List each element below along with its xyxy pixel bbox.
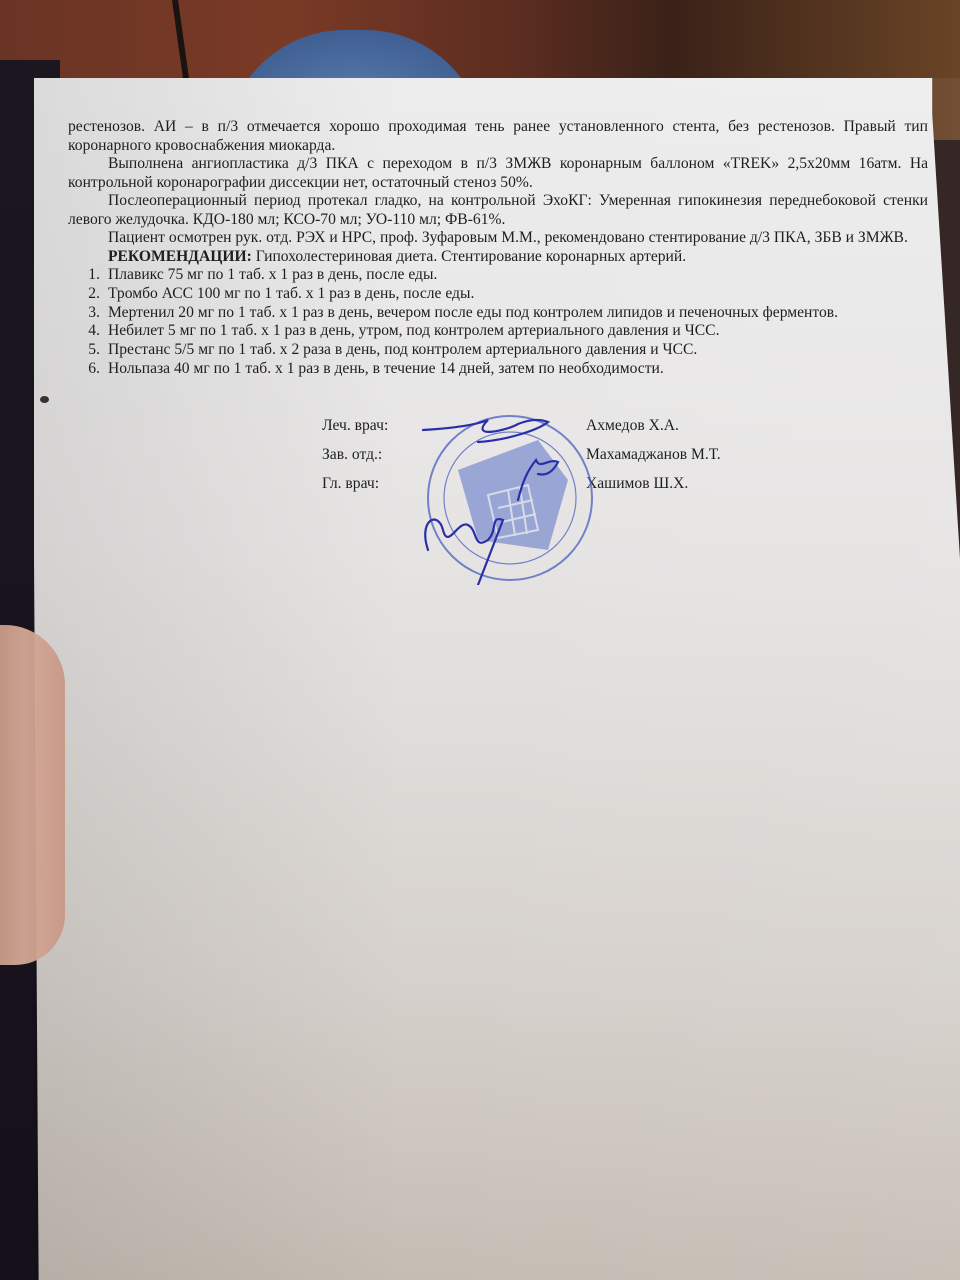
recommendations-title: РЕКОМЕНДАЦИИ: bbox=[108, 248, 252, 265]
list-item: 3.Мертенил 20 мг по 1 таб. х 1 раз в ден… bbox=[68, 304, 928, 323]
list-item: 2.Тромбо АСС 100 мг по 1 таб. х 1 раз в … bbox=[68, 285, 928, 304]
ink-blot bbox=[40, 396, 49, 403]
paragraph-angioplasty: Выполнена ангиопластика д/3 ПКА с перехо… bbox=[68, 155, 928, 192]
list-item: 5.Престанс 5/5 мг по 1 таб. х 2 раза в д… bbox=[68, 341, 928, 360]
paragraph-postop: Послеоперационный период протекал гладко… bbox=[68, 192, 928, 229]
recommendations-heading: РЕКОМЕНДАЦИИ: Гипохолестериновая диета. … bbox=[68, 248, 928, 267]
paragraph-consult: Пациент осмотрен рук. отд. РЭХ и НРС, пр… bbox=[68, 229, 928, 248]
list-item: 6.Нольпаза 40 мг по 1 таб. х 1 раз в ден… bbox=[68, 360, 928, 379]
paragraph-restenosis: рестенозов. АИ – в п/3 отмечается хорошо… bbox=[68, 118, 928, 155]
list-item: 1.Плавикс 75 мг по 1 таб. х 1 раз в день… bbox=[68, 266, 928, 285]
background-hand bbox=[0, 625, 65, 965]
list-item: 4.Небилет 5 мг по 1 таб. х 1 раз в день,… bbox=[68, 322, 928, 341]
recommendations-text: Гипохолестериновая диета. Стентирование … bbox=[252, 248, 686, 265]
medication-list: 1.Плавикс 75 мг по 1 таб. х 1 раз в день… bbox=[68, 266, 928, 379]
document-body: рестенозов. АИ – в п/3 отмечается хорошо… bbox=[68, 118, 928, 379]
official-stamp-icon bbox=[418, 410, 603, 585]
